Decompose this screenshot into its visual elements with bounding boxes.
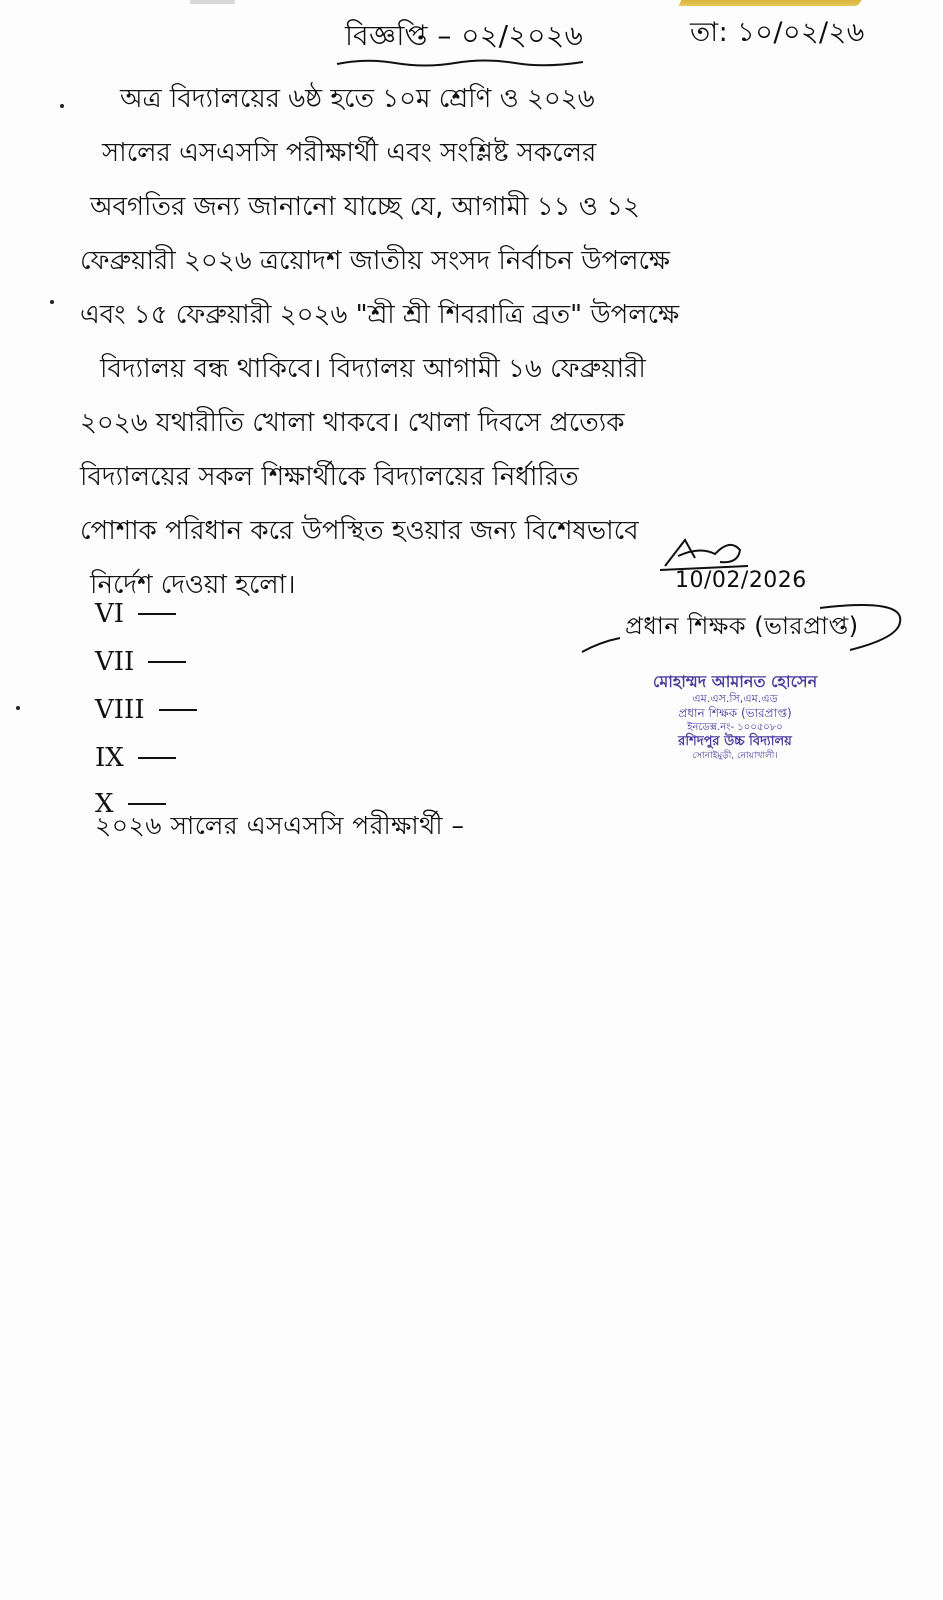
ssc-examinees-line: ২০২৬ সালের এসএসসি পরীক্ষার্থী – [95, 806, 464, 849]
scanned-notice-page: বিজ্ঞপ্তি – ০২/২০২৬ তা: ১০/০২/২৬ অত্র বি… [0, 0, 943, 1600]
dash [128, 803, 166, 805]
notice-body: অত্র বিদ্যালয়ের ৬ষ্ঠ হতে ১০ম শ্রেণি ও ২… [80, 72, 920, 612]
stamp-index-number: ইনডেক্স.নং- ১০০৫০৮০ [625, 721, 845, 734]
stamp-role: প্রধান শিক্ষক (ভারপ্রাপ্ত) [625, 706, 845, 721]
body-line: সালের এসএসসি পরীক্ষার্থী এবং সংশ্লিষ্ট স… [80, 126, 920, 180]
margin-dot [60, 104, 64, 108]
class-label: VII [95, 647, 134, 677]
body-line: ২০২৬ যথারীতি খোলা থাকবে। খোলা দিবসে প্রত… [80, 396, 920, 450]
class-item-viii: VIII [95, 686, 197, 734]
signature-designation: প্রধান শিক্ষক (ভারপ্রাপ্ত) [625, 608, 859, 648]
body-line: পোশাক পরিধান করে উপস্থিত হওয়ার জন্য বিশ… [80, 504, 920, 558]
distribution-class-list: VI VII VIII IX X [95, 590, 197, 826]
scan-edge-artifact [190, 0, 235, 4]
dash [138, 613, 176, 615]
dash [159, 709, 197, 711]
body-line: অবগতির জন্য জানানো যাচ্ছে যে, আগামী ১১ ও… [80, 180, 920, 234]
body-line: বিদ্যালয় বন্ধ থাকিবে। বিদ্যালয় আগামী ১… [80, 342, 920, 396]
body-line: এবং ১৫ ফেব্রুয়ারী ২০২৬ "শ্রী শ্রী শিবরা… [80, 288, 920, 342]
body-line: বিদ্যালয়ের সকল শিক্ষার্থীকে বিদ্যালয়ের… [80, 450, 920, 504]
class-label: IX [95, 743, 124, 773]
body-line: ফেব্রুয়ারী ২০২৬ ত্রয়োদশ জাতীয় সংসদ নি… [80, 234, 920, 288]
class-label: VIII [95, 695, 145, 725]
title-underline [335, 58, 585, 68]
dash [138, 757, 176, 759]
notice-date: তা: ১০/০২/২৬ [690, 12, 865, 57]
class-item-vii: VII [95, 638, 197, 686]
class-label: VI [95, 599, 124, 629]
official-stamp: মোহাম্মদ আমানত হোসেন এম.এস.সি,এম.এড প্রধ… [625, 672, 845, 762]
dash [148, 661, 186, 663]
yellow-tape-strip [679, 0, 862, 6]
stamp-degree: এম.এস.সি,এম.এড [625, 692, 845, 706]
class-item-vi: VI [95, 590, 197, 638]
body-line: অত্র বিদ্যালয়ের ৬ষ্ঠ হতে ১০ম শ্রেণি ও ২… [80, 72, 920, 126]
class-item-ix: IX [95, 734, 197, 782]
stamp-school: রশিদপুর উচ্চ বিদ্যালয় [625, 734, 845, 750]
stamp-address: সোনাইমুড়ী, নোয়াখালী। [625, 750, 845, 762]
margin-dot [50, 300, 54, 304]
signature-date: 10/02/2026 [675, 568, 807, 593]
notice-title: বিজ্ঞপ্তি – ০২/২০২৬ [345, 14, 583, 61]
stamp-name: মোহাম্মদ আমানত হোসেন [625, 672, 845, 692]
margin-dot [16, 706, 20, 710]
